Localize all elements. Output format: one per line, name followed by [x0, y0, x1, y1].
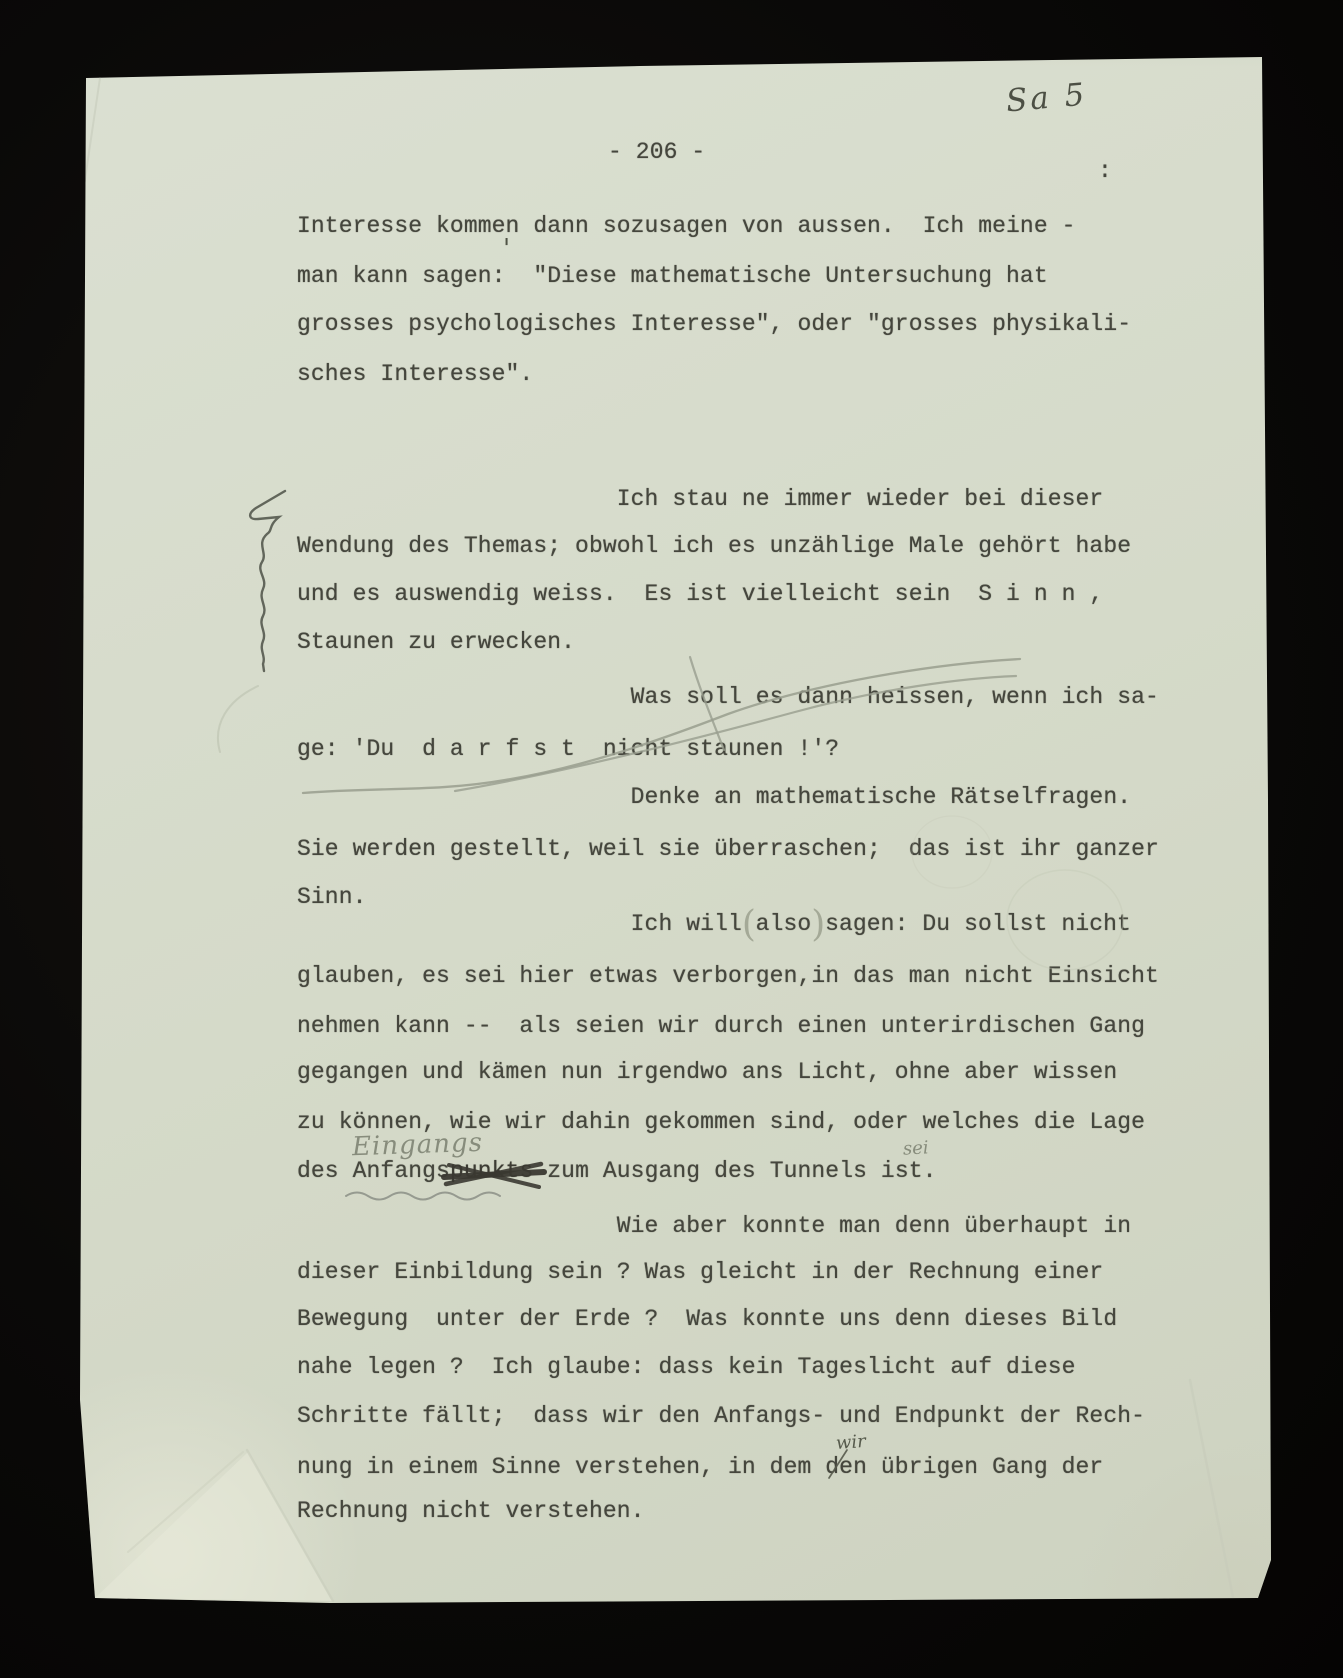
handwritten-eingangs: Eingangs	[352, 1128, 484, 1163]
inserted-colon-mark: :	[1098, 158, 1112, 184]
typed-text: also	[756, 911, 812, 937]
typescript-line: Sinn.	[297, 884, 367, 910]
handwritten-wir-insertion: wir	[835, 1431, 866, 1454]
typescript-line: Was soll es dann heissen, wenn ich sa-	[297, 684, 1159, 710]
typescript-line: Denke an mathematische Rätselfragen.	[297, 784, 1131, 810]
typescript-line: grosses psychologisches Interesse", oder…	[297, 311, 1131, 337]
struck-word: punkts	[450, 1158, 533, 1184]
typescript-line: Bewegung unter der Erde ? Was konnte uns…	[297, 1306, 1117, 1332]
typescript-line: sches Interesse".	[297, 361, 533, 387]
typescript-line: Wie aber konnte man denn überhaupt in	[297, 1213, 1131, 1239]
typescript-line-also-inserted: Ich will(also)sagen: Du sollst nicht	[297, 911, 1131, 937]
typed-text: des Anfangs	[297, 1158, 450, 1184]
handwritten-sei: sei	[902, 1137, 929, 1159]
typescript-line: ge: 'Du d a r f s t nicht staunen !'?	[297, 736, 839, 762]
typescript-line: und es auswendig weiss. Es ist vielleich…	[297, 581, 1103, 607]
manuscript-page: - 206 - Sa 5 : ' Interesse kommen dann s…	[0, 0, 1343, 1678]
typescript-line: Ich stau ne immer wieder bei dieser	[297, 486, 1103, 512]
typescript-line: gegangen und kämen nun irgendwo ans Lich…	[297, 1059, 1117, 1085]
typescript-line: Interesse kommen dann sozusagen von auss…	[297, 213, 1076, 239]
typescript-line: man kann sagen: "Diese mathematische Unt…	[297, 263, 1048, 289]
typed-text: zum Ausgang des Tunnels ist.	[533, 1158, 936, 1184]
scan-background: - 206 - Sa 5 : ' Interesse kommen dann s…	[0, 0, 1343, 1678]
typescript-line: glauben, es sei hier etwas verborgen,in …	[297, 963, 1159, 989]
typescript-line: Rechnung nicht verstehen.	[297, 1498, 645, 1524]
archive-mark-handwritten: Sa 5	[1005, 77, 1089, 120]
typescript-line: Sie werden gestellt, weil sie überrasche…	[297, 836, 1159, 862]
typed-text: sagen: Du sollst nicht	[825, 911, 1131, 937]
typescript-line: Staunen zu erwecken.	[297, 629, 575, 655]
typescript-line: nahe legen ? Ich glaube: dass kein Tages…	[297, 1354, 1076, 1380]
typed-text: Ich will	[297, 911, 742, 937]
typescript-line: nehmen kann -- als seien wir durch einen…	[297, 1013, 1145, 1039]
typescript-line: Wendung des Themas; obwohl ich es unzähl…	[297, 533, 1131, 559]
typescript-line: nung in einem Sinne verstehen, in dem de…	[297, 1454, 1103, 1480]
page-number: - 206 -	[608, 139, 705, 165]
typescript-line: dieser Einbildung sein ? Was gleicht in …	[297, 1259, 1103, 1285]
typescript-line: Schritte fällt; dass wir den Anfangs- un…	[297, 1403, 1145, 1429]
typescript-line-tunnel: des Anfangspunkts zum Ausgang des Tunnel…	[297, 1158, 937, 1184]
